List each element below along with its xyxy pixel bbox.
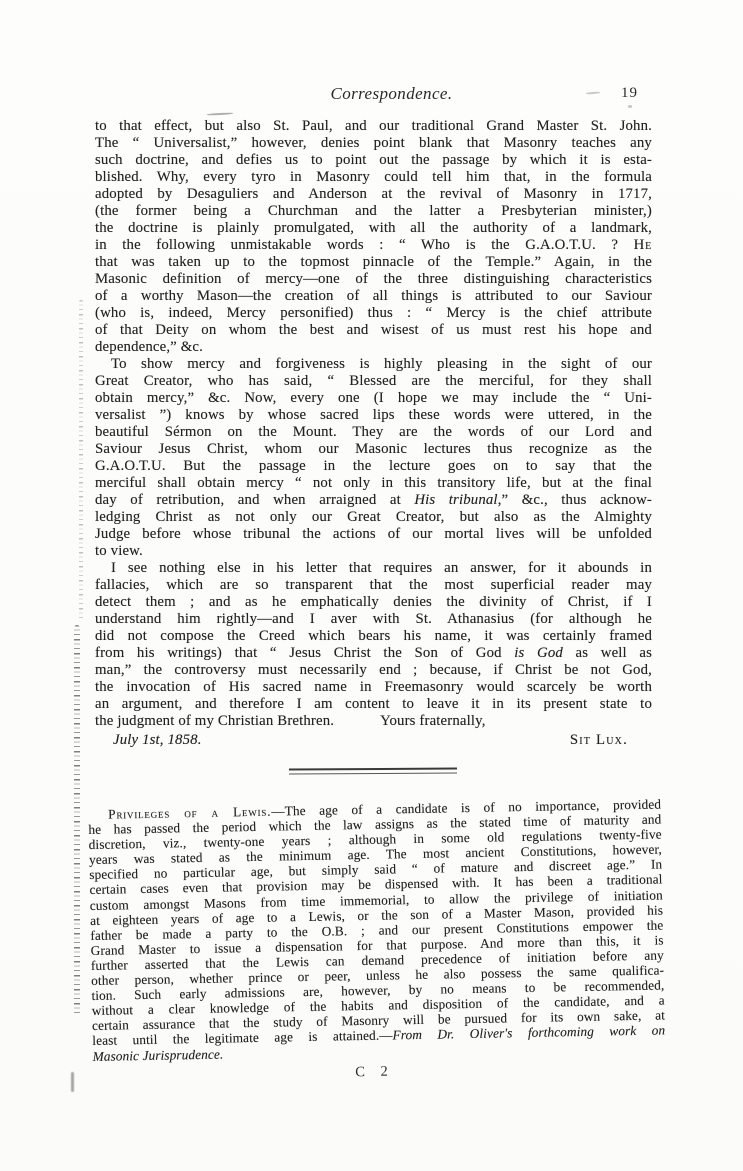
text-line: the doctrine is plainly promulgated, wit… [95, 220, 652, 237]
text-line: ledging Christ as not only our Great Cre… [95, 509, 652, 526]
text-line: Saviour Jesus Christ, whom our Masonic l… [95, 441, 652, 458]
italic-run: Masonic Jurisprudence. [92, 1046, 223, 1063]
text-line: the invocation of His sacred name in Fre… [95, 679, 652, 696]
text-run: G.A.O.T.U. But the passage in the lectur… [95, 458, 652, 474]
scan-smudge [207, 112, 233, 115]
text-run: Yours fraternally, [380, 713, 485, 730]
text-run: of a worthy Mason—the creation of all th… [95, 288, 652, 304]
text-run: detect them ; and as he emphatically den… [95, 594, 652, 610]
text-line: dependence,” &c. [95, 339, 652, 356]
text-line: man,” the controversy must necessarily e… [95, 662, 652, 679]
text-line: I see nothing else in his letter that re… [95, 560, 652, 577]
text-line: that was taken up to the topmost pinnacl… [95, 254, 652, 271]
text-run: day of retribution, and when arraigned a… [95, 492, 414, 508]
text-line: G.A.O.T.U. But the passage in the lectur… [95, 458, 652, 475]
correspondence-letter: to that effect, but also St. Paul, and o… [95, 118, 652, 749]
text-run: To show mercy and forgiveness is highly … [111, 356, 652, 372]
text-run: beautiful Sérmon on the Mount. They are … [95, 424, 652, 440]
text-line: blished. Why, every tyro in Masonry coul… [95, 169, 652, 186]
text-run: fallacies, which are so transparent that… [95, 577, 652, 593]
italic-run: is God [514, 645, 563, 661]
text-line: To show mercy and forgiveness is highly … [95, 356, 652, 373]
text-line: Masonic definition of mercy—one of the t… [95, 271, 652, 288]
text-line: Judge before whose tribunal the actions … [95, 526, 652, 543]
text-line: (who is, indeed, Mercy personified) thus… [95, 305, 652, 322]
text-line: Great Creator, who has said, “ Blessed a… [95, 373, 652, 390]
text-line: detect them ; and as he emphatically den… [95, 594, 652, 611]
text-run: from his writings) that “ Jesus Christ t… [95, 645, 514, 661]
text-run: blished. Why, every tyro in Masonry coul… [95, 169, 652, 185]
text-line: to view. [95, 543, 652, 560]
letter-paragraph: To show mercy and forgiveness is highly … [95, 356, 652, 560]
text-run: such doctrine, and defies us to point ou… [95, 152, 652, 168]
scanned-book-page: Correspondence. 19 to that effect, but a… [0, 0, 743, 1171]
text-run: Saviour Jesus Christ, whom our Masonic l… [95, 441, 652, 457]
text-run: that was taken up to the topmost pinnacl… [95, 254, 652, 270]
scan-smudge [628, 105, 632, 108]
text-line: in the following unmistakable words : “ … [95, 237, 652, 254]
text-line: of a worthy Mason—the creation of all th… [95, 288, 652, 305]
letter-signature-row: July 1st, 1858. Sit Lux. [95, 730, 652, 749]
text-run: ,” &c., thus acknow- [498, 492, 652, 508]
text-line: (the former being a Churchman and the la… [95, 203, 652, 220]
text-run: Great Creator, who has said, “ Blessed a… [95, 373, 652, 389]
text-run: the invocation of His sacred name in Fre… [95, 679, 652, 695]
text-run: an argument, and therefore I am content … [95, 696, 652, 712]
text-run: to that effect, but also St. Paul, and o… [95, 118, 652, 134]
text-line: understand him rightly—and I aver with S… [95, 611, 652, 628]
text-run: ledging Christ as not only our Great Cre… [95, 509, 652, 525]
signature-date: July 1st, 1858. [113, 732, 202, 749]
text-line: day of retribution, and when arraigned a… [95, 492, 652, 509]
text-line: beautiful Sérmon on the Mount. They are … [95, 424, 652, 441]
text-run: merciful shall obtain mercy “ not only i… [95, 475, 652, 491]
text-run: as well as [563, 645, 652, 661]
text-run: to view. [95, 543, 143, 559]
text-run: the judgment of my Christian Brethren. [95, 713, 334, 729]
letter-paragraph: I see nothing else in his letter that re… [95, 560, 652, 730]
text-line: such doctrine, and defies us to point ou… [95, 152, 652, 169]
scan-smudge [71, 1072, 74, 1092]
text-run: I see nothing else in his letter that re… [111, 560, 652, 576]
separator-rule [289, 767, 457, 774]
italic-run: His tribunal [414, 492, 497, 508]
text-run: versalist ”) knows by whose sacred lips … [95, 407, 652, 423]
small-caps-run: He [634, 237, 652, 253]
text-run: did not compose the Creed which bears hi… [95, 628, 652, 644]
text-line: did not compose the Creed which bears hi… [95, 628, 652, 645]
text-line: fallacies, which are so transparent that… [95, 577, 652, 594]
text-line: The “ Universalist,” however, denies poi… [95, 135, 652, 152]
text-line: adopted by Desaguliers and Anderson at t… [95, 186, 652, 203]
text-run: man,” the controversy must necessarily e… [95, 662, 652, 678]
text-run: Judge before whose tribunal the actions … [95, 526, 652, 542]
text-run: (the former being a Churchman and the la… [95, 203, 652, 219]
text-line: the judgment of my Christian Brethren.Yo… [95, 713, 652, 730]
text-run: of that Deity on whom the best and wises… [95, 322, 652, 338]
text-line: merciful shall obtain mercy “ not only i… [95, 475, 652, 492]
signature-name: Sit Lux. [570, 732, 628, 749]
privileges-of-a-lewis-note: Privileges of a Lewis.—The age of a cand… [88, 796, 666, 1063]
text-line: from his writings) that “ Jesus Christ t… [95, 645, 652, 662]
text-run: understand him rightly—and I aver with S… [95, 611, 652, 627]
binding-gutter-noise [79, 300, 83, 620]
text-line: to that effect, but also St. Paul, and o… [95, 118, 652, 135]
text-run: adopted by Desaguliers and Anderson at t… [95, 186, 652, 202]
text-run: obtain mercy,” &c. Now, every one (I hop… [95, 390, 652, 406]
text-line: of that Deity on whom the best and wises… [95, 322, 652, 339]
text-run: The “ Universalist,” however, denies poi… [95, 135, 652, 151]
letter-paragraph: to that effect, but also St. Paul, and o… [95, 118, 652, 356]
text-line: obtain mercy,” &c. Now, every one (I hop… [95, 390, 652, 407]
text-line: versalist ”) knows by whose sacred lips … [95, 407, 652, 424]
running-header: Correspondence. 19 [95, 84, 652, 108]
page-number: 19 [621, 85, 638, 102]
text-run: the doctrine is plainly promulgated, wit… [95, 220, 652, 236]
text-run: dependence,” &c. [95, 339, 203, 355]
page-title: Correspondence. [95, 84, 652, 104]
text-line: an argument, and therefore I am content … [95, 696, 652, 713]
binding-gutter-noise [74, 625, 80, 1015]
text-run: in the following unmistakable words : “ … [95, 237, 634, 253]
text-run: Masonic definition of mercy—one of the t… [95, 271, 652, 287]
text-run: (who is, indeed, Mercy personified) thus… [95, 305, 652, 321]
